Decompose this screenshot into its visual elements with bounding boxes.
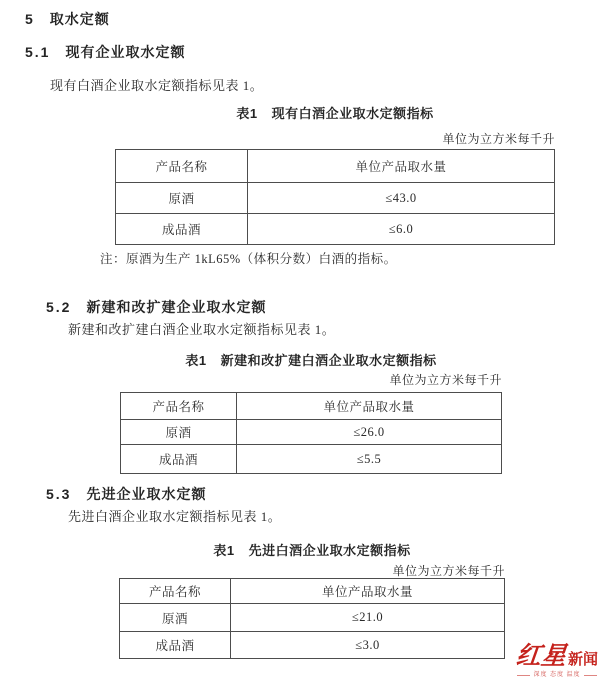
table-footnote: 注：原酒为生产 1kL65%（体积分数）白酒的指标。 [100,249,397,267]
chapter-number: 5 [25,11,35,27]
section-heading-5-2: 5.2新建和改扩建企业取水定额 [46,297,266,317]
section-number: 5.1 [25,44,50,60]
table-caption-3: 表1先进白酒企业取水定额指标 [119,540,505,559]
table-label: 表1 [185,353,206,368]
col-header-intake: 单位产品取水量 [248,150,555,183]
unit-note-2: 单位为立方米每千升 [120,371,502,388]
section-title: 新建和改扩建企业取水定额 [86,299,266,315]
tagline-rule-right [584,675,597,676]
cell-product: 原酒 [120,604,231,632]
cell-value: ≤6.0 [248,214,555,245]
table-row: 原酒 ≤43.0 [116,183,555,214]
section-number: 5.2 [46,299,71,315]
tagline-text: 深度 态度 温度 [533,672,580,678]
cell-value: ≤5.5 [237,445,502,474]
col-header-intake: 单位产品取水量 [237,393,502,420]
table-header-row: 产品名称 单位产品取水量 [116,150,555,183]
cell-product: 原酒 [121,420,237,445]
section-number: 5.3 [46,486,71,502]
logo-tagline: 深度 态度 温度 [514,672,600,678]
logo-text-xinwen: 新闻 [568,652,598,667]
chapter-heading: 5取水定额 [25,9,110,29]
section-body-5-3: 先进白酒企业取水定额指标见表 1。 [68,506,281,525]
section-body-5-1: 现有白酒企业取水定额指标见表 1。 [50,75,263,94]
table-label: 表1 [236,106,257,121]
quota-table-advanced: 产品名称 单位产品取水量 原酒 ≤21.0 成品酒 ≤3.0 [119,578,505,659]
cell-product: 成品酒 [120,632,231,659]
quota-table-new-expanded: 产品名称 单位产品取水量 原酒 ≤26.0 成品酒 ≤5.5 [120,392,502,474]
table-label: 表1 [213,543,234,558]
cell-value: ≤21.0 [231,604,505,632]
col-header-product: 产品名称 [120,579,231,604]
redstar-news-logo: 红星 新闻 深度 态度 温度 [514,644,600,678]
cell-product: 成品酒 [116,214,248,245]
table-title: 新建和改扩建白酒企业取水定额指标 [221,353,437,368]
cell-product: 原酒 [116,183,248,214]
cell-value: ≤26.0 [237,420,502,445]
col-header-intake: 单位产品取水量 [231,579,505,604]
table-row: 成品酒 ≤3.0 [120,632,505,659]
section-heading-5-3: 5.3先进企业取水定额 [46,484,206,504]
table-header-row: 产品名称 单位产品取水量 [121,393,502,420]
cell-value: ≤43.0 [248,183,555,214]
table-title: 现有白酒企业取水定额指标 [272,106,434,121]
document-page: 5取水定额 5.1现有企业取水定额 现有白酒企业取水定额指标见表 1。 表1现有… [0,0,600,685]
table-caption-1: 表1现有白酒企业取水定额指标 [115,103,555,122]
col-header-product: 产品名称 [116,150,248,183]
section-heading-5-1: 5.1现有企业取水定额 [25,42,185,62]
col-header-product: 产品名称 [121,393,237,420]
table-row: 成品酒 ≤5.5 [121,445,502,474]
table-title: 先进白酒企业取水定额指标 [249,543,411,558]
section-title: 现有企业取水定额 [65,44,185,60]
cell-product: 成品酒 [121,445,237,474]
unit-note-1: 单位为立方米每千升 [115,130,555,147]
table-row: 原酒 ≤21.0 [120,604,505,632]
section-title: 先进企业取水定额 [86,486,206,502]
table-header-row: 产品名称 单位产品取水量 [120,579,505,604]
logo-text-hongxing: 红星 [515,644,568,669]
table-row: 成品酒 ≤6.0 [116,214,555,245]
unit-note-3: 单位为立方米每千升 [119,562,505,579]
table-row: 原酒 ≤26.0 [121,420,502,445]
table-caption-2: 表1新建和改扩建白酒企业取水定额指标 [120,350,502,369]
tagline-rule-left [517,675,530,676]
chapter-title: 取水定额 [50,11,110,27]
cell-value: ≤3.0 [231,632,505,659]
quota-table-existing: 产品名称 单位产品取水量 原酒 ≤43.0 成品酒 ≤6.0 [115,149,555,245]
section-body-5-2: 新建和改扩建白酒企业取水定额指标见表 1。 [68,319,335,338]
logo-wordmark: 红星 新闻 [514,644,600,669]
